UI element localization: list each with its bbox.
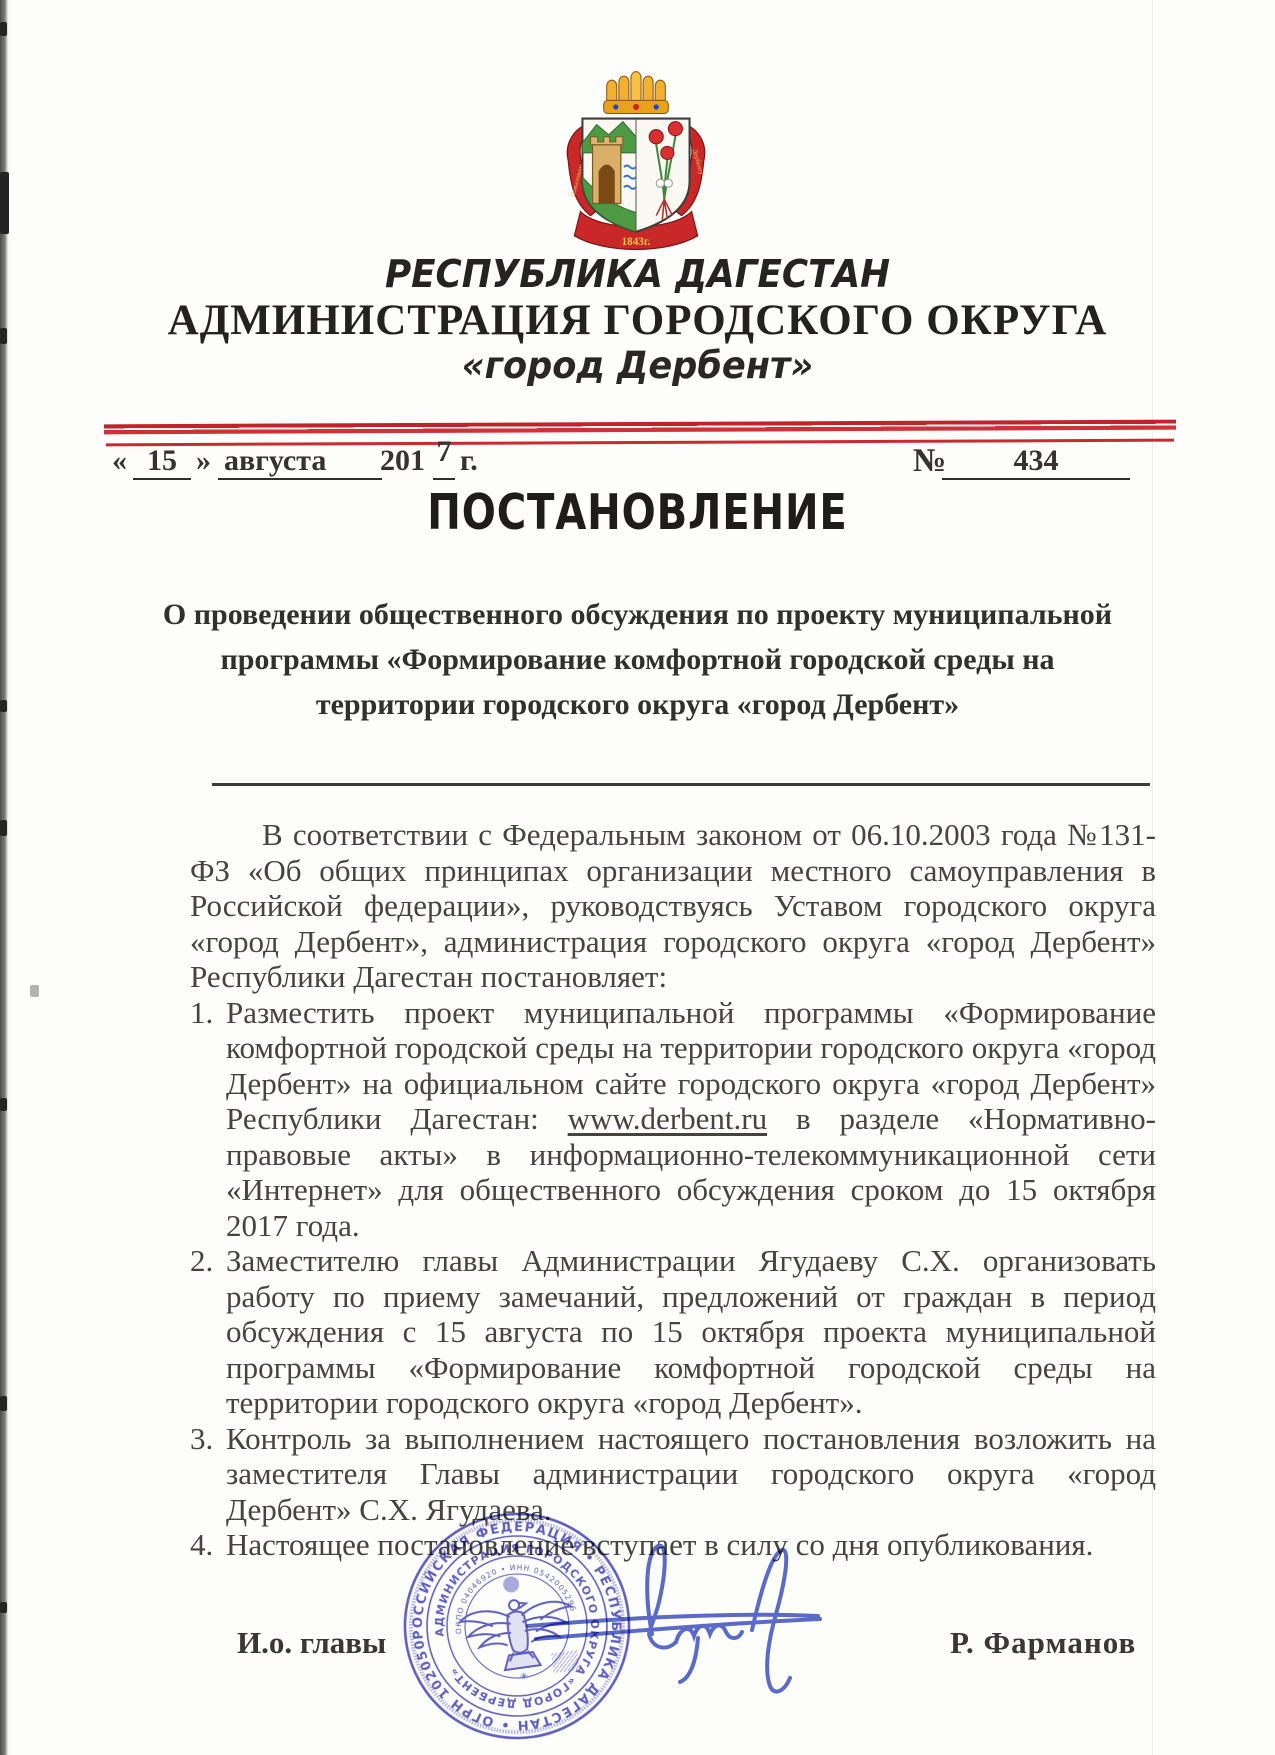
red-divider-line xyxy=(104,420,1176,435)
emblem-year-text: 1843г. xyxy=(622,236,651,248)
scan-edge-artifact xyxy=(0,22,7,36)
scan-edge-artifact xyxy=(0,1098,7,1111)
subject-separator-line xyxy=(212,783,1150,786)
date-year-digit: 7 xyxy=(433,444,455,480)
date-year-suffix: г. xyxy=(460,444,478,478)
date-close-quote: » xyxy=(196,444,211,478)
scanned-decree-page: Пожалованъ Дербенту xyxy=(0,0,1275,1755)
decree-item: 2.Заместителю главы Администрации Ягудае… xyxy=(190,1243,1156,1421)
crown-icon xyxy=(604,72,669,114)
item-number: 1. xyxy=(190,995,213,1031)
item-text: Заместителю главы Администрации Ягудаеву… xyxy=(226,1243,1156,1420)
derbent-website-link: www.derbent.ru xyxy=(568,1101,767,1136)
requisites-row: « 15 » августа 201 7 г. № 434 xyxy=(0,444,1275,484)
shield-icon xyxy=(582,119,689,232)
signatory-name: Р. Фарманов xyxy=(950,1625,1136,1661)
scan-edge-strip xyxy=(0,0,9,1755)
item-number: 2. xyxy=(190,1243,213,1279)
item-text: Контроль за выполнением настоящего поста… xyxy=(226,1421,1156,1527)
intro-paragraph: В соответствии с Федеральным законом от … xyxy=(190,817,1156,995)
header-republic: РЕСПУБЛИКА ДАГЕСТАН xyxy=(38,252,1237,296)
date-day: 15 xyxy=(133,444,191,480)
document-number: 434 xyxy=(942,444,1130,480)
signatory-role-label: И.о. главы xyxy=(237,1625,386,1661)
header-city: «город Дербент» xyxy=(32,344,1243,387)
scan-edge-artifact xyxy=(0,172,9,234)
scan-edge-artifact xyxy=(0,1396,7,1411)
date-open-quote: « xyxy=(112,444,127,478)
scan-edge-artifact xyxy=(0,1602,7,1613)
handwritten-signature-icon xyxy=(500,1522,880,1712)
date-year-prefix: 201 xyxy=(380,444,425,478)
header-administration: АДМИНИСТРАЦИЯ ГОРОДСКОГО ОКРУГА xyxy=(0,296,1275,345)
subject-line: О проведении общественного обсуждения по… xyxy=(0,592,1275,637)
item-number: 4. xyxy=(190,1527,213,1563)
subject-line: территории городского округа «город Дерб… xyxy=(0,682,1275,727)
derbent-coat-of-arms: Пожалованъ Дербенту xyxy=(560,64,712,256)
document-subject: О проведении общественного обсуждения по… xyxy=(0,592,1275,727)
date-month: августа xyxy=(218,444,382,480)
item-number: 3. xyxy=(190,1421,213,1457)
decree-item: 1.Разместить проект муниципальной програ… xyxy=(190,995,1156,1244)
subject-line: программы «Формирование комфортной город… xyxy=(0,637,1275,682)
decree-body: В соответствии с Федеральным законом от … xyxy=(190,817,1156,1563)
document-type-title: ПОСТАНОВЛЕНИЕ xyxy=(115,484,1161,541)
scan-edge-artifact xyxy=(0,820,7,836)
scan-speck-artifact xyxy=(30,985,39,997)
decree-item: 3.Контроль за выполнением настоящего пос… xyxy=(190,1421,1156,1528)
